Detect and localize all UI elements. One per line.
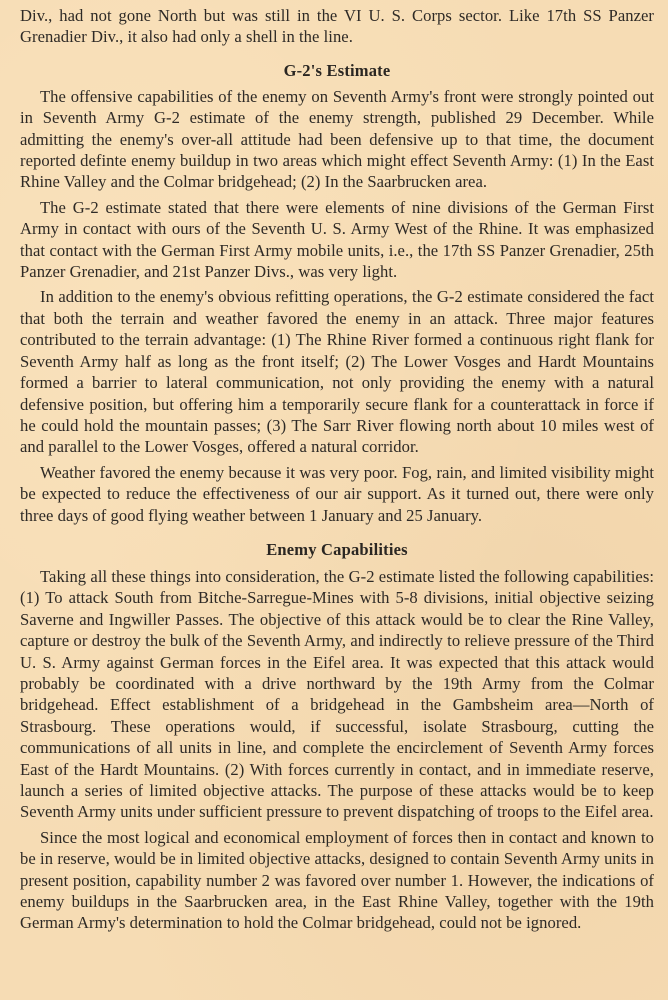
section-heading: G-2's Estimate [20, 60, 654, 82]
paragraph: The offensive capabilities of the enemy … [20, 86, 654, 193]
document-page: Div., had not gone North but was still i… [0, 0, 668, 1000]
paragraph: Taking all these things into considerati… [20, 566, 654, 823]
paragraph: Weather favored the enemy because it was… [20, 462, 654, 526]
opening-paragraph: Div., had not gone North but was still i… [20, 5, 654, 48]
paragraph: The G-2 estimate stated that there were … [20, 197, 654, 283]
paragraph: Since the most logical and economical em… [20, 827, 654, 934]
section-enemy-capabilities: Enemy Capabilities Taking all these thin… [20, 539, 654, 934]
section-heading: Enemy Capabilities [20, 539, 654, 561]
paragraph: In addition to the enemy's obvious refit… [20, 286, 654, 457]
section-g2-estimate: G-2's Estimate The offensive capabilitie… [20, 60, 654, 526]
